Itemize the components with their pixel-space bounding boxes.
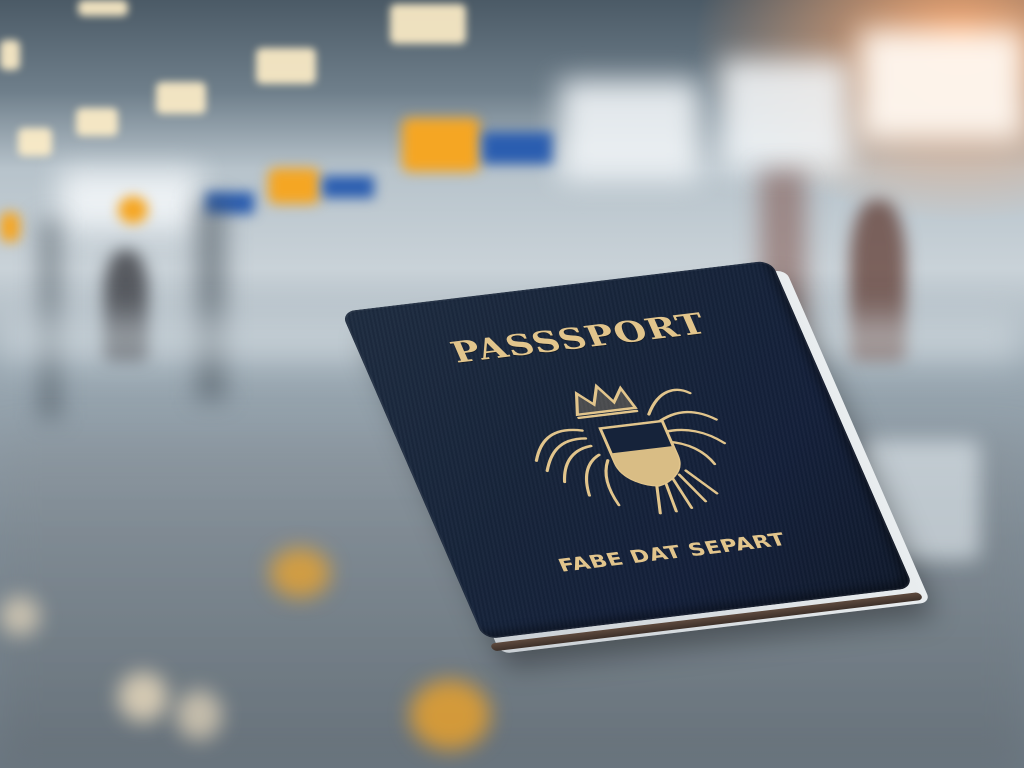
window: [720, 60, 850, 170]
floor-reflection: [176, 690, 222, 740]
coat-of-arms-icon: [502, 367, 763, 531]
floor-reflection: [410, 680, 490, 750]
ceiling-light: [0, 40, 20, 70]
ceiling-light: [78, 0, 128, 16]
counter-sign: [268, 168, 320, 204]
counter-sign: [482, 132, 552, 164]
pillar: [196, 200, 226, 400]
window: [860, 30, 1024, 140]
ceiling-light: [256, 48, 316, 84]
window: [560, 80, 700, 180]
floor-reflection: [0, 596, 40, 636]
floor-reflection: [118, 672, 168, 722]
ceiling-light: [76, 108, 118, 136]
ceiling-light: [390, 4, 466, 44]
ceiling-light: [156, 82, 206, 114]
passport-title: PASSSPORT: [357, 296, 801, 380]
floor-reflection: [270, 548, 330, 598]
counter-sign: [322, 176, 374, 198]
counter-sign: [402, 118, 480, 172]
counter-sign: [0, 212, 20, 242]
counter-sign: [118, 196, 148, 224]
passport-subtitle: FABE DAT SEPART: [453, 518, 892, 589]
ceiling-light: [18, 128, 52, 156]
